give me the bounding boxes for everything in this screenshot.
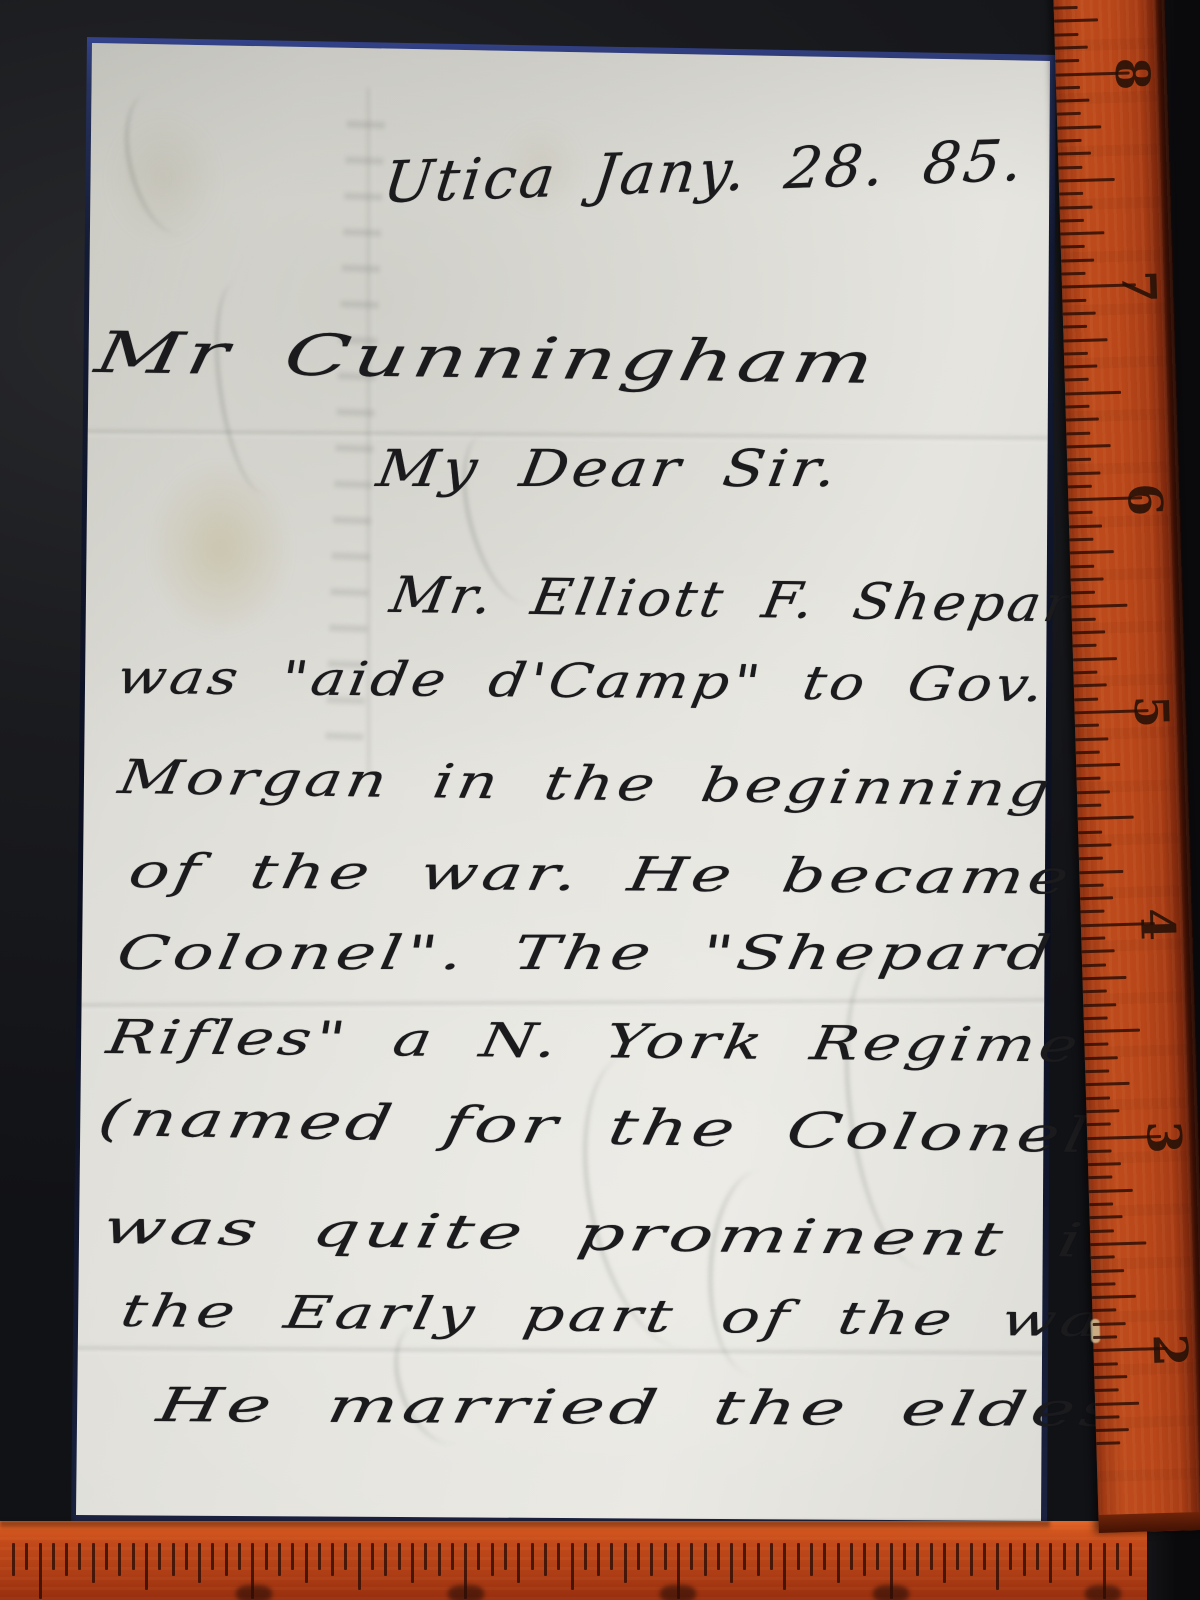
- ruler-tick: [1092, 1295, 1136, 1299]
- ruler-tick: [637, 1543, 640, 1570]
- ruler-number: 6: [1116, 474, 1172, 524]
- ruler-tick: [371, 1543, 374, 1570]
- ruler-number: 5: [1122, 687, 1178, 737]
- ruler-tick: [717, 1543, 720, 1570]
- ruler-tick: [1059, 178, 1115, 183]
- ruler-tick: [743, 1543, 746, 1570]
- ruler-tick: [1076, 750, 1100, 754]
- ruler-tick: [1071, 591, 1095, 595]
- ruler-tick: [730, 1543, 733, 1583]
- ruler-tick: [1088, 1149, 1112, 1153]
- ruler-tick: [1094, 1362, 1118, 1366]
- ruler-tick: [916, 1543, 919, 1576]
- ruler-tick: [132, 1543, 135, 1570]
- ruler-tick: [1089, 1202, 1113, 1206]
- ruler-tick: [477, 1543, 480, 1570]
- ruler-tick: [1078, 843, 1111, 847]
- ruler-tick: [438, 1543, 441, 1576]
- ruler-tick: [1085, 1056, 1118, 1060]
- ruler-tick: [1064, 352, 1088, 356]
- ruler-number: 3: [1135, 1113, 1191, 1163]
- ruler-tick: [531, 1543, 534, 1570]
- ruler-tick: [1075, 737, 1108, 741]
- ruler-tick: [238, 1543, 241, 1570]
- ruler-tick: [1036, 1543, 1039, 1570]
- ruler-tick: [1054, 6, 1078, 10]
- ruler-tick: [1065, 378, 1089, 382]
- ruler-tick: [1087, 1123, 1111, 1127]
- ruler-tick: [1096, 1442, 1120, 1446]
- ruler-tick: [770, 1543, 773, 1570]
- ruler-tick: [1093, 1322, 1126, 1326]
- ruler-tick: [172, 1543, 175, 1576]
- ruler-tick: [398, 1543, 401, 1570]
- ruler-number: 4: [1129, 900, 1185, 950]
- ruler-tick: [1058, 139, 1082, 143]
- ruler-tick: [1072, 617, 1096, 621]
- ruler-tick: [1009, 1543, 1012, 1570]
- ruler-tick: [1079, 869, 1123, 873]
- ruler-tick: [970, 1543, 973, 1576]
- ruler-tick: [1063, 338, 1107, 342]
- ruler-tick: [1067, 458, 1091, 462]
- ruler-tick: [1073, 671, 1097, 675]
- ruler-tick: [597, 1543, 600, 1576]
- ruler-tick: [491, 1543, 494, 1576]
- ruler-tick: [1129, 1543, 1132, 1576]
- ruler-tick: [318, 1543, 321, 1570]
- ruler-tick: [1077, 804, 1101, 808]
- ruler-tick: [930, 1543, 933, 1570]
- letter-line: Mr Cunningham: [91, 320, 883, 397]
- ruler-tick: [265, 1543, 268, 1570]
- ruler-tick: [1103, 1543, 1106, 1599]
- ruler-tick: [1063, 1543, 1066, 1570]
- ruler-tick: [943, 1543, 946, 1583]
- ruler-tick: [1070, 550, 1114, 554]
- ruler-number: 8: [1103, 49, 1159, 99]
- ruler-tick: [797, 1543, 800, 1570]
- ruler-tick: [996, 1543, 999, 1590]
- letter-line: Colonel". The "Shepard: [113, 926, 1059, 981]
- ruler-tick: [305, 1543, 308, 1583]
- ruler-tick: [1060, 231, 1104, 235]
- ruler-tick: [664, 1543, 667, 1570]
- ruler-tick: [1091, 1269, 1124, 1273]
- ruler-tick: [1083, 990, 1107, 994]
- ruler-tick: [1072, 630, 1105, 634]
- ruler-tick: [1078, 816, 1134, 821]
- ruler-tick: [1074, 697, 1098, 701]
- ruler-tick: [105, 1543, 108, 1570]
- ruler-tick: [1055, 46, 1088, 50]
- ruler-tick: [1086, 1082, 1130, 1086]
- ruler-tick: [1055, 59, 1079, 63]
- ruler-tick: [1090, 1229, 1114, 1233]
- ruler-tick: [876, 1543, 879, 1570]
- ruler-tick: [544, 1543, 547, 1576]
- ruler-tick: [1086, 1096, 1110, 1100]
- ruler-tick: [1081, 937, 1105, 941]
- ruler-tick: [1071, 577, 1104, 581]
- ruler-tick: [1076, 763, 1120, 767]
- ruler-tick: [1077, 790, 1110, 794]
- ruler-tick: [504, 1543, 507, 1570]
- ruler-tick: [1057, 125, 1101, 129]
- ruler-tick: [1057, 112, 1081, 116]
- ruler-tick: [464, 1543, 467, 1599]
- ruler-tick: [1085, 1069, 1109, 1073]
- ruler-tick: [1080, 910, 1104, 914]
- ruler-tick: [1063, 311, 1096, 315]
- ruler-tick: [1066, 431, 1090, 435]
- ruler-tick: [1091, 1282, 1115, 1286]
- horizontal-ruler: [0, 1521, 1147, 1600]
- ruler-tick: [863, 1543, 866, 1576]
- ruler-tick: [823, 1543, 826, 1570]
- ruler-tick: [1056, 86, 1080, 90]
- ruler-tick: [677, 1543, 680, 1599]
- photo-of-letter: Utica Jany. 28. 85. Mr Cunningham My Dea…: [0, 0, 1200, 1600]
- ruler-tick: [25, 1543, 28, 1570]
- ruler-tick: [557, 1543, 560, 1570]
- ruler-tick: [584, 1543, 587, 1570]
- ruler-tick: [225, 1543, 228, 1576]
- ruler-tick: [983, 1543, 986, 1570]
- ruler-tick: [291, 1543, 294, 1570]
- ruler-tick: [1080, 883, 1104, 887]
- ruler-tick: [65, 1543, 68, 1576]
- ruler-tick: [1069, 511, 1093, 515]
- ruler-end-grain: [1098, 1512, 1200, 1533]
- ruler-tick: [517, 1543, 520, 1583]
- ruler-number: 2: [1141, 1325, 1197, 1375]
- ruler-tick: [1091, 1256, 1115, 1260]
- letter-line: Rifles" a N. York Regiment: [103, 1010, 1161, 1074]
- ruler-tick: [1067, 471, 1100, 475]
- ruler-tick: [1116, 1543, 1119, 1570]
- ruler-tick: [12, 1543, 15, 1576]
- ruler-tick: [1082, 963, 1106, 967]
- ruler-tick: [1082, 950, 1115, 954]
- ruler-tick: [1061, 272, 1085, 276]
- ruler-tick: [650, 1543, 653, 1576]
- paper-shadow-on-ruler: [0, 1521, 1050, 1530]
- ruler-tick: [1060, 219, 1084, 223]
- ruler-tick: [903, 1543, 906, 1570]
- ruler-tick: [1058, 152, 1091, 156]
- ruler-tick: [1083, 1003, 1116, 1007]
- ruler-tick: [1079, 857, 1103, 861]
- ruler-tick: [451, 1543, 454, 1570]
- ruler-tick: [1080, 896, 1113, 900]
- letter-line: the Early part of the war.: [117, 1284, 1160, 1348]
- ruler-tick: [1064, 365, 1097, 369]
- ruler-tick: [890, 1543, 893, 1599]
- ruler-tick: [1065, 405, 1089, 409]
- ruler-tick: [624, 1543, 627, 1583]
- ruler-tick: [1061, 245, 1085, 249]
- ruler-tick: [1084, 1029, 1140, 1034]
- ruler-tick: [1095, 1415, 1119, 1419]
- ruler-tick: [251, 1543, 254, 1599]
- ruler-tick: [1089, 1189, 1133, 1193]
- ruler-tick: [384, 1543, 387, 1576]
- ruler-tick: [1059, 192, 1083, 196]
- ruler-tick: [1060, 205, 1093, 209]
- ruler-tick: [1082, 976, 1126, 980]
- ruler-tick: [1090, 1241, 1146, 1246]
- ruler-tick: [1071, 603, 1127, 608]
- letter-line: My Dear Sir.: [373, 440, 844, 499]
- ruler-tick: [344, 1543, 347, 1570]
- ruler-tick: [690, 1543, 693, 1570]
- ruler-tick: [1095, 1389, 1119, 1393]
- ruler-tick: [837, 1543, 840, 1583]
- ruler-tick: [1092, 1309, 1116, 1313]
- ruler-tick: [1076, 777, 1100, 781]
- ruler-tick: [1049, 1543, 1052, 1583]
- ruler-tick: [1073, 644, 1097, 648]
- ruler-tick: [358, 1543, 361, 1590]
- ruler-tick: [39, 1543, 42, 1599]
- ruler-tick: [1061, 258, 1094, 262]
- ruler-tick: [1062, 298, 1086, 302]
- ruler-tick: [783, 1543, 786, 1590]
- ruler-tick: [198, 1543, 201, 1583]
- letter-line: He married the eldest: [153, 1378, 1162, 1438]
- ruler-tick: [1054, 19, 1098, 23]
- ruler-tick: [1056, 99, 1089, 103]
- ruler-number: 7: [1110, 262, 1166, 312]
- ruler-tick: [1063, 325, 1087, 329]
- ruler-tick: [1078, 830, 1102, 834]
- ruler-tick: [757, 1543, 760, 1576]
- ruler-tick: [211, 1543, 214, 1570]
- ruler-tick: [1069, 538, 1093, 542]
- ruler-tick: [810, 1543, 813, 1576]
- ruler-tick: [1075, 724, 1099, 728]
- ruler-tick: [278, 1543, 281, 1576]
- ruler-tick: [1076, 1543, 1079, 1576]
- ruler-tick: [1089, 1215, 1122, 1219]
- ruler-tick: [1096, 1428, 1129, 1432]
- ruler-tick: [1088, 1176, 1112, 1180]
- ruler-tick: [571, 1543, 574, 1590]
- ruler-tick: [1095, 1401, 1139, 1405]
- ruler-tick: [1074, 684, 1107, 688]
- letter-line: of the war. He became: [125, 844, 1077, 906]
- ruler-tick: [1084, 1016, 1108, 1020]
- ruler-tick: [956, 1543, 959, 1570]
- ruler-tick: [1093, 1335, 1117, 1339]
- ruler-tick: [78, 1543, 81, 1570]
- ruler-tick: [1066, 418, 1099, 422]
- ruler-tick: [1089, 1543, 1092, 1570]
- ruler-tick: [331, 1543, 334, 1576]
- ruler-tick: [1073, 657, 1117, 661]
- ruler-tick: [610, 1543, 613, 1570]
- ruler-tick: [118, 1543, 121, 1576]
- ruler-tick: [1054, 33, 1078, 37]
- ruler-tick: [424, 1543, 427, 1570]
- ruler-tick: [1065, 391, 1121, 396]
- ruler-tick: [1069, 524, 1102, 528]
- ruler-tick: [850, 1543, 853, 1570]
- ruler-tick: [158, 1543, 161, 1570]
- ruler-tick: [52, 1543, 55, 1570]
- ruler-tick: [1086, 1109, 1119, 1113]
- ruler-tick: [145, 1543, 148, 1590]
- ruler-tick: [1068, 485, 1092, 489]
- ruler-tick: [92, 1543, 95, 1583]
- ruler-tick: [1023, 1543, 1026, 1576]
- ruler-tick: [1094, 1375, 1127, 1379]
- ruler-tick: [704, 1543, 707, 1576]
- letter-line: Mr. Elliott F. Shepard: [386, 566, 1117, 634]
- letter-line: was "aide d'Camp" to Gov.: [113, 650, 1052, 713]
- ruler-tick: [1088, 1162, 1121, 1166]
- paper-crease: [70, 1344, 1060, 1359]
- ruler-tick: [185, 1543, 188, 1570]
- ruler-tick: [411, 1543, 414, 1583]
- ruler-tick: [1084, 1043, 1108, 1047]
- ruler-tick: [1067, 444, 1111, 448]
- ruler-tick: [1070, 564, 1094, 568]
- ruler-tick: [1058, 165, 1082, 169]
